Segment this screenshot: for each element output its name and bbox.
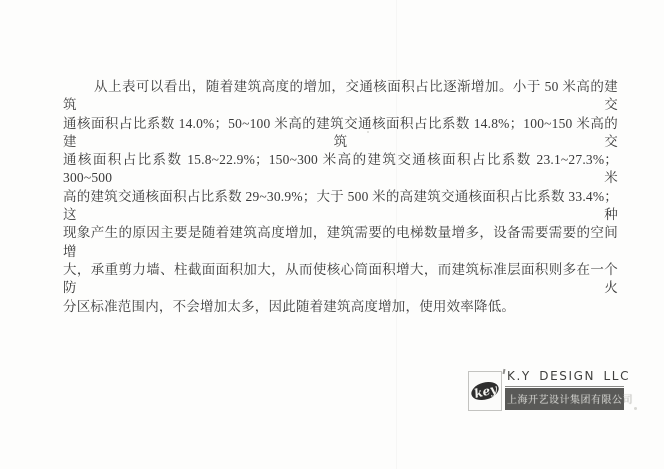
scan-speck [545, 269, 548, 271]
company-name-cn: 上海开艺设计集团有限公司 [505, 388, 624, 410]
key-logo-mark: key [468, 371, 502, 411]
key-logo-ellipse: key [469, 379, 501, 403]
company-name-en: K.Y DESIGN LLC [505, 368, 624, 387]
paragraph-line: 高的建筑交通核面积占比系数 29~30.9%；大于 500 米的高建筑交通核面积… [63, 188, 618, 225]
paragraph-line: 从上表可以看出，随着建筑高度的增加，交通核面积占比逐渐增加。小于 50 米高的建… [63, 78, 618, 115]
scan-speck [634, 407, 637, 410]
logo-text-block: K.Y DESIGN LLC 上海开艺设计集团有限公司 [505, 368, 624, 410]
paragraph-line: 分区标准范围内，不会增加太多，因此随着建筑高度增加，使用效率降低。 [63, 298, 618, 316]
company-logo: key K.Y DESIGN LLC 上海开艺设计集团有限公司 [468, 368, 624, 411]
key-logo-text: key [472, 382, 497, 399]
paragraph-line: 通核面积占比系数 15.8~22.9%；150~300 米高的建筑交通核面积占比… [63, 151, 618, 188]
paragraph-line: 大，承重剪力墙、柱截面面积加大，从而使核心筒面积增大，而建筑标准层面积则多在一个… [63, 261, 618, 298]
paragraph-line: 通核面积占比系数 14.0%；50~100 米高的建筑交通核面积占比系数 14.… [63, 115, 618, 152]
document-page: 从上表可以看出，随着建筑高度的增加，交通核面积占比逐渐增加。小于 50 米高的建… [0, 0, 664, 469]
scan-speck [367, 131, 369, 133]
paragraph-line: 现象产生的原因主要是随着建筑高度增加，建筑需要的电梯数量增多，设备需要需要的空间… [63, 224, 618, 261]
body-paragraph: 从上表可以看出，随着建筑高度的增加，交通核面积占比逐渐增加。小于 50 米高的建… [63, 78, 618, 316]
